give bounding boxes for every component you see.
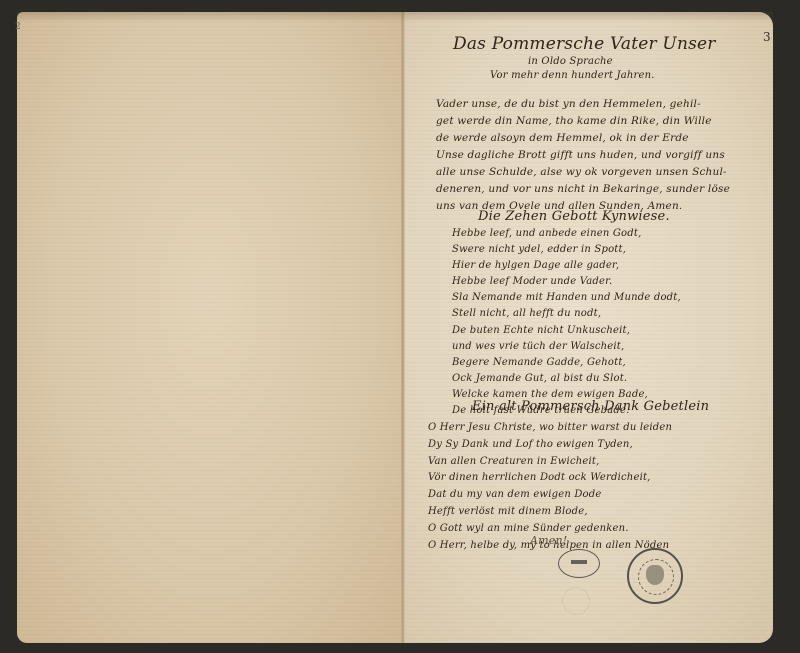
left-page xyxy=(17,12,403,643)
prayer-line: Unse dagliche Brott gifft uns huden, und… xyxy=(436,147,730,164)
thanks-line: O Herr Jesu Christe, wo bitter warst du … xyxy=(428,420,672,437)
commandment-line: Swere nicht ydel, edder in Spott, xyxy=(452,242,681,258)
commandments-heading: Die Zehen Gebott Kynwiese. xyxy=(478,209,670,224)
commandment-line: Stell nicht, all hefft du nodt, xyxy=(452,306,681,322)
commandment-line: Begere Nemande Gadde, Gehott, xyxy=(452,355,681,371)
right-page-number: 3 xyxy=(763,30,771,44)
commandment-line: Hebbe leef, und anbede einen Godt, xyxy=(452,226,681,242)
page-title: Das Pommersche Vater Unser xyxy=(453,34,716,54)
commandment-line: Ock Jemande Gut, al bist du Slot. xyxy=(452,371,681,387)
commandment-line: und wes vrie tüch der Walscheit, xyxy=(452,339,681,355)
commandment-line: Hebbe leef Moder unde Vader. xyxy=(452,274,681,290)
lords-prayer-text: Vader unse, de du bist yn den Hemmelen, … xyxy=(436,96,730,215)
commandment-line: Sla Nemande mit Handen und Munde dodt, xyxy=(452,290,681,306)
thanks-line: Dat du my van dem ewigen Dode xyxy=(428,487,672,504)
thanks-line: Van allen Creaturen in Ewicheit, xyxy=(428,454,672,471)
library-oval-stamp xyxy=(558,549,600,578)
thanks-line: Vör dinen herrlichen Dodt ock Werdicheit… xyxy=(428,470,672,487)
library-seal-stamp xyxy=(627,548,683,604)
closing-amen: Amen! xyxy=(530,534,567,547)
thanks-prayer-heading: Ein alt Pommersch Dank Gebetlein xyxy=(472,399,709,414)
prayer-line: get werde din Name, tho kame din Rike, d… xyxy=(436,113,730,130)
prayer-line: de werde alsoyn dem Hemmel, ok in der Er… xyxy=(436,130,730,147)
prayer-line: alle unse Schulde, alse wy ok vorgeven u… xyxy=(436,164,730,181)
left-page-number: 2 xyxy=(15,22,21,32)
stamp-mark xyxy=(571,560,587,564)
top-edge-shadow xyxy=(17,12,773,22)
prayer-line: deneren, und vor uns nicht in Bekaringe,… xyxy=(436,181,730,198)
thanks-line: Hefft verlöst mit dinem Blode, xyxy=(428,504,672,521)
subtitle-line-2: Vor mehr denn hundert Jahren. xyxy=(490,70,655,81)
eagle-emblem-icon xyxy=(646,565,664,585)
faint-stamp xyxy=(562,587,590,615)
book-gutter xyxy=(401,12,405,643)
commandments-text: Hebbe leef, und anbede einen Godt, Swere… xyxy=(452,226,681,419)
commandment-line: De buten Echte nicht Unkuscheit, xyxy=(452,323,681,339)
thanks-line: Dy Sy Dank und Lof tho ewigen Tyden, xyxy=(428,437,672,454)
commandment-line: Hier de hylgen Dage alle gader, xyxy=(452,258,681,274)
prayer-line: Vader unse, de du bist yn den Hemmelen, … xyxy=(436,96,730,113)
subtitle-line-1: in Oldo Sprache xyxy=(528,56,613,67)
